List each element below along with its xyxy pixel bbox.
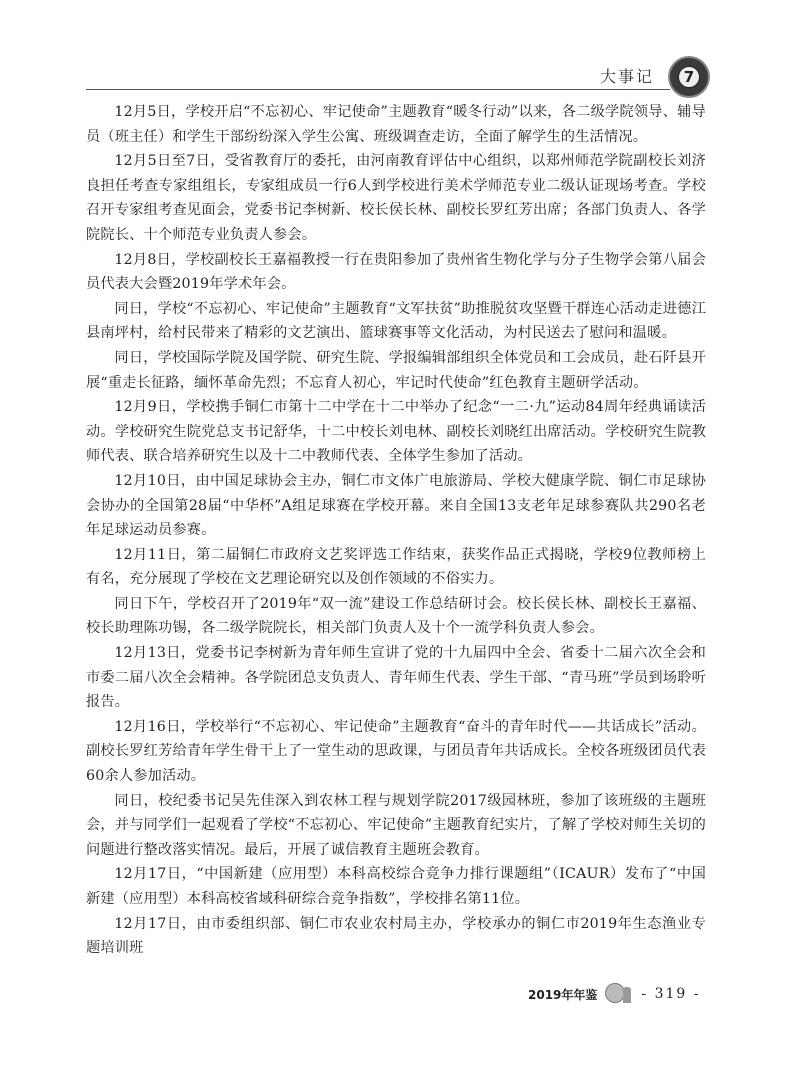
page-footer: 2019年年鉴 - 319 - [528, 983, 701, 1005]
article-body: 12月5日，学校开启“不忘初心、牢记使命”主题教育“暖冬行动”以来，各二级学院领… [86, 100, 706, 961]
paragraph: 12月10日，由中国足球协会主办，铜仁市文体广电旅游局、学校大健康学院、铜仁市足… [86, 469, 706, 543]
paragraph: 12月9日，学校携手铜仁市第十二中学在十二中举办了纪念“一二·九”运动84周年经… [86, 395, 706, 469]
university-seal-icon: 7 [668, 56, 710, 98]
page-number: - 319 - [641, 986, 700, 1002]
paragraph: 同日，校纪委书记吴先佳深入到农林工程与规划学院2017级园林班，参加了该班级的主… [86, 789, 706, 863]
paragraph: 同日，学校国际学院及国学院、研究生院、学报编辑部组织全体党员和工会成员，赴石阡县… [86, 346, 706, 395]
seal-inner: 7 [678, 66, 700, 88]
mascot-icon [605, 983, 633, 1005]
yearbook-label: 2019年年鉴 [528, 986, 597, 1003]
paragraph: 12月13日，党委书记李树新为青年师生宣讲了党的十九届四中全会、省委十二届六次全… [86, 641, 706, 715]
header-rule [86, 89, 670, 90]
paragraph: 12月17日，“中国新建（应用型）本科高校综合竞争力排行课题组”（ICAUR）发… [86, 862, 706, 911]
paragraph: 12月5日至7日，受省教育厅的委托，由河南教育评估中心组织，以郑州师范学院副校长… [86, 149, 706, 247]
seal-glyph: 7 [679, 68, 699, 86]
paragraph: 12月5日，学校开启“不忘初心、牢记使命”主题教育“暖冬行动”以来，各二级学院领… [86, 100, 706, 149]
paragraph: 同日下午，学校召开了2019年“双一流”建设工作总结研讨会。校长侯长林、副校长王… [86, 592, 706, 641]
paragraph: 12月8日，学校副校长王嘉福教授一行在贵阳参加了贵州省生物化学与分子生物学会第八… [86, 248, 706, 297]
paragraph: 12月11日，第二届铜仁市政府文艺奖评选工作结束，获奖作品正式揭晓，学校9位教师… [86, 543, 706, 592]
paragraph: 12月17日，由市委组织部、铜仁市农业农村局主办，学校承办的铜仁市2019年生态… [86, 912, 706, 961]
section-title: 大事记 [600, 64, 654, 87]
paragraph: 12月16日，学校举行“不忘初心、牢记使命”主题教育“奋斗的青年时代——共话成长… [86, 715, 706, 789]
paragraph: 同日，学校“不忘初心、牢记使命”主题教育“文军扶贫”助推脱贫攻坚暨干群连心活动走… [86, 297, 706, 346]
